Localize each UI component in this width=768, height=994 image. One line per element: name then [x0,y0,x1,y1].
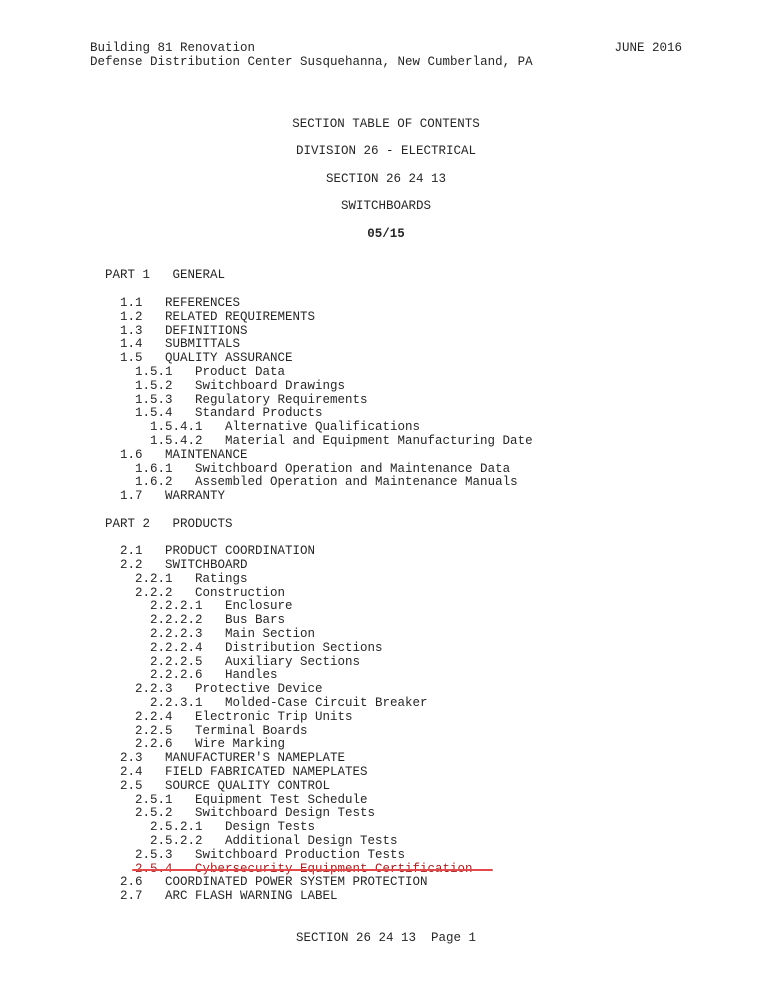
part-title: GENERAL [173,268,226,282]
toc-item: 1.3DEFINITIONS [90,325,682,339]
title-block: SECTION TABLE OF CONTENTS DIVISION 26 - … [90,118,682,242]
toc-item-number: 2.5.1 [135,793,173,807]
toc-item: 2.5.3Switchboard Production Tests [90,849,682,863]
toc-item-title: Distribution Sections [225,641,383,655]
part-number: PART 1 [105,268,150,282]
toc-item-title: COORDINATED POWER SYSTEM PROTECTION [165,875,428,889]
toc-item-number: 2.1 [120,544,143,558]
page-footer: SECTION 26 24 13 Page 1 [90,932,682,946]
toc-item-text: 1.5.4Standard Products [135,407,323,421]
toc-item-title: Molded-Case Circuit Breaker [225,696,428,710]
toc-item-title: Wire Marking [195,737,285,751]
toc-item-text: 2.2.2Construction [135,587,285,601]
toc-item: 2.6COORDINATED POWER SYSTEM PROTECTION [90,876,682,890]
toc-item-title: REFERENCES [165,296,240,310]
toc-item: 2.5.2.1Design Tests [90,821,682,835]
toc-item-title: Equipment Test Schedule [195,793,368,807]
toc-item-number: 1.5.2 [135,379,173,393]
toc-item: 2.2.1Ratings [90,573,682,587]
toc-item-text: 2.2.2.3Main Section [150,628,315,642]
toc-item-text: 2.2.2.6Handles [150,669,278,683]
toc-title: SECTION TABLE OF CONTENTS [90,118,682,132]
toc-item-number: 1.6 [120,448,143,462]
toc-item-text: 2.2.1Ratings [135,573,248,587]
toc-item: 1.1REFERENCES [90,297,682,311]
toc-item-text: 2.2.2.5Auxiliary Sections [150,656,360,670]
toc-item-text: 2.5.2.1Design Tests [150,821,315,835]
toc-item-text: 1.5.3Regulatory Requirements [135,394,368,408]
part-number: PART 2 [105,517,150,531]
part-title: PRODUCTS [173,517,233,531]
toc-item-text: 1.6.2Assembled Operation and Maintenance… [135,476,518,490]
toc-item: 2.3MANUFACTURER'S NAMEPLATE [90,752,682,766]
part-heading: PART 2PRODUCTS [90,518,682,532]
toc-item: 1.6.1Switchboard Operation and Maintenan… [90,463,682,477]
toc-item-text: 1.5.2Switchboard Drawings [135,380,345,394]
toc-item: 2.2.6Wire Marking [90,738,682,752]
toc-item-title: Switchboard Design Tests [195,806,375,820]
project-name: Building 81 Renovation [90,42,255,56]
toc-item-number: 2.5 [120,779,143,793]
toc-item: 1.4SUBMITTALS [90,338,682,352]
toc-item-title: Handles [225,668,278,682]
toc-item-title: Regulatory Requirements [195,393,368,407]
toc-item: 1.5.1Product Data [90,366,682,380]
toc-item-number: 2.5.2.2 [150,834,203,848]
division-title: DIVISION 26 - ELECTRICAL [90,145,682,159]
toc-item-title: Auxiliary Sections [225,655,360,669]
toc-item-text: 1.2RELATED REQUIREMENTS [120,311,315,325]
toc-item: 2.5.4Cybersecurity Equipment Certificati… [90,863,682,877]
toc-item: 1.5.2Switchboard Drawings [90,380,682,394]
toc-item: 1.2RELATED REQUIREMENTS [90,311,682,325]
toc-item-number: 2.2.1 [135,572,173,586]
toc-item-number: 1.1 [120,296,143,310]
toc-parts: PART 1GENERAL1.1REFERENCES1.2RELATED REQ… [90,269,682,904]
toc-item-text: 2.2.6Wire Marking [135,738,285,752]
toc-item-title: Switchboard Production Tests [195,848,405,862]
toc-item-title: Ratings [195,572,248,586]
toc-item-title: Alternative Qualifications [225,420,420,434]
toc-item: 2.2.2.1Enclosure [90,600,682,614]
toc-item-title: Bus Bars [225,613,285,627]
toc-item: 1.5.4Standard Products [90,407,682,421]
toc-item-title: PRODUCT COORDINATION [165,544,315,558]
toc-part: PART 1GENERAL1.1REFERENCES1.2RELATED REQ… [90,269,682,504]
toc-item-number: 1.4 [120,337,143,351]
toc-item: 1.6.2Assembled Operation and Maintenance… [90,476,682,490]
toc-item-title: ARC FLASH WARNING LABEL [165,889,338,903]
toc-item: 1.6MAINTENANCE [90,449,682,463]
toc-item-text: 2.5.2.2Additional Design Tests [150,835,398,849]
toc-item-number: 2.2.2.2 [150,613,203,627]
toc-item-title: SWITCHBOARD [165,558,248,572]
toc-item-text: 1.1REFERENCES [120,297,240,311]
toc-item-text: 2.5SOURCE QUALITY CONTROL [120,780,330,794]
page-header: Building 81 Renovation JUNE 2016 Defense… [90,42,682,70]
toc-item: 2.5.1Equipment Test Schedule [90,794,682,808]
toc-item-number: 2.5.2 [135,806,173,820]
toc-item-text: 2.2.2.2Bus Bars [150,614,285,628]
toc-item-number: 2.7 [120,889,143,903]
toc-item: 2.1PRODUCT COORDINATION [90,545,682,559]
toc-item-number: 2.5.3 [135,848,173,862]
toc-item-text: 2.2.2.4Distribution Sections [150,642,383,656]
toc-item-text: 1.6.1Switchboard Operation and Maintenan… [135,463,510,477]
toc-item-number: 2.2.3 [135,682,173,696]
toc-item-title: SUBMITTALS [165,337,240,351]
part-heading: PART 1GENERAL [90,269,682,283]
toc-item-title: Electronic Trip Units [195,710,353,724]
toc-item-title: Product Data [195,365,285,379]
toc-item: 2.2.2.5Auxiliary Sections [90,656,682,670]
toc-item: 1.5QUALITY ASSURANCE [90,352,682,366]
toc-item-title: Construction [195,586,285,600]
toc-item-title: WARRANTY [165,489,225,503]
toc-item-text: 2.2.3.1Molded-Case Circuit Breaker [150,697,428,711]
toc-item-text: 1.5QUALITY ASSURANCE [120,352,293,366]
toc-item-title: Cybersecurity Equipment Certification [195,862,473,876]
toc-item-text: 2.1PRODUCT COORDINATION [120,545,315,559]
toc-item-title: Switchboard Operation and Maintenance Da… [195,462,510,476]
toc-item-text: 2.2.3Protective Device [135,683,323,697]
toc-item: 2.2.5Terminal Boards [90,725,682,739]
toc-item-number: 2.5.2.1 [150,820,203,834]
toc-item: 2.5SOURCE QUALITY CONTROL [90,780,682,794]
toc-item: 2.2.4Electronic Trip Units [90,711,682,725]
toc-item-title: Switchboard Drawings [195,379,345,393]
toc-item-title: Protective Device [195,682,323,696]
toc-item-number: 1.2 [120,310,143,324]
toc-item-text: 2.5.2Switchboard Design Tests [135,807,375,821]
toc-item-text: 1.5.4.1Alternative Qualifications [150,421,420,435]
toc-item-text: 1.6MAINTENANCE [120,449,248,463]
toc-item-number: 2.2.2.1 [150,599,203,613]
toc-item-title: Additional Design Tests [225,834,398,848]
toc-item-number: 2.3 [120,751,143,765]
toc-item: 2.2SWITCHBOARD [90,559,682,573]
toc-item-text: 2.6COORDINATED POWER SYSTEM PROTECTION [120,876,428,890]
toc-item-number: 2.2.3.1 [150,696,203,710]
toc-item-number: 1.5.4 [135,406,173,420]
toc-item-text: 2.2.2.1Enclosure [150,600,293,614]
toc-item: 1.5.4.1Alternative Qualifications [90,421,682,435]
toc-item-text: 2.7ARC FLASH WARNING LABEL [120,890,338,904]
toc-item: 2.2.2Construction [90,587,682,601]
toc-item-title: Main Section [225,627,315,641]
toc-item-struck: 2.5.4Cybersecurity Equipment Certificati… [135,863,473,877]
toc-item-text: 2.2.5Terminal Boards [135,725,308,739]
toc-item-number: 2.2.2.3 [150,627,203,641]
toc-item-title: Standard Products [195,406,323,420]
toc-item: 2.7ARC FLASH WARNING LABEL [90,890,682,904]
toc-item: 2.2.2.2Bus Bars [90,614,682,628]
toc-item-title: SOURCE QUALITY CONTROL [165,779,330,793]
section-name: SWITCHBOARDS [90,200,682,214]
toc-item: 2.2.3Protective Device [90,683,682,697]
project-location: Defense Distribution Center Susquehanna,… [90,56,682,70]
toc-item-number: 2.2.2.6 [150,668,203,682]
toc-item-title: Terminal Boards [195,724,308,738]
toc-item-number: 1.5.1 [135,365,173,379]
toc-item: 1.5.3Regulatory Requirements [90,394,682,408]
toc-item-title: Enclosure [225,599,293,613]
toc-item: 1.5.4.2Material and Equipment Manufactur… [90,435,682,449]
toc-item-title: Design Tests [225,820,315,834]
toc-item-number: 2.2 [120,558,143,572]
toc-item-text: 2.3MANUFACTURER'S NAMEPLATE [120,752,345,766]
toc-item: 2.2.2.3Main Section [90,628,682,642]
header-date: JUNE 2016 [614,42,682,56]
toc-item: 1.7WARRANTY [90,490,682,504]
toc-item-number: 2.6 [120,875,143,889]
toc-item-title: Assembled Operation and Maintenance Manu… [195,475,518,489]
toc-item-number: 2.2.4 [135,710,173,724]
toc-item-number: 2.2.6 [135,737,173,751]
toc-item: 2.2.3.1Molded-Case Circuit Breaker [90,697,682,711]
toc-item-number: 2.2.5 [135,724,173,738]
toc-item-number: 2.2.2 [135,586,173,600]
toc-item-number: 1.5.3 [135,393,173,407]
document-page: Building 81 Renovation JUNE 2016 Defense… [0,0,768,994]
toc-item-text: 1.7WARRANTY [120,490,225,504]
toc-item-number: 2.2.2.5 [150,655,203,669]
toc-item-text: 2.4FIELD FABRICATED NAMEPLATES [120,766,368,780]
toc-item: 2.5.2Switchboard Design Tests [90,807,682,821]
toc-item-number: 2.5.4 [135,862,173,876]
toc-item-text: 1.4SUBMITTALS [120,338,240,352]
section-date-code: 05/15 [90,228,682,242]
toc-item-title: MAINTENANCE [165,448,248,462]
toc-item-number: 2.4 [120,765,143,779]
toc-item-number: 1.5.4.1 [150,420,203,434]
toc-item-text: 1.3DEFINITIONS [120,325,248,339]
toc-item-number: 1.6.1 [135,462,173,476]
toc-item: 2.5.2.2Additional Design Tests [90,835,682,849]
toc-item-number: 1.5.4.2 [150,434,203,448]
toc-item-text: 1.5.1Product Data [135,366,285,380]
toc-item-title: DEFINITIONS [165,324,248,338]
toc-item: 2.2.2.4Distribution Sections [90,642,682,656]
toc-item-title: Material and Equipment Manufacturing Dat… [225,434,533,448]
toc-item-title: QUALITY ASSURANCE [165,351,293,365]
toc-item-text: 2.2.4Electronic Trip Units [135,711,353,725]
section-number: SECTION 26 24 13 [90,173,682,187]
toc-item-number: 1.7 [120,489,143,503]
header-row: Building 81 Renovation JUNE 2016 [90,42,682,56]
toc-item-text: 2.5.1Equipment Test Schedule [135,794,368,808]
toc-item: 2.2.2.6Handles [90,669,682,683]
toc-item-number: 1.5 [120,351,143,365]
toc-item-number: 1.3 [120,324,143,338]
toc-item-text: 2.5.3Switchboard Production Tests [135,849,405,863]
toc-item-text: 2.2SWITCHBOARD [120,559,248,573]
toc-item-title: RELATED REQUIREMENTS [165,310,315,324]
toc-item-number: 1.6.2 [135,475,173,489]
toc-item-number: 2.2.2.4 [150,641,203,655]
toc-item-title: FIELD FABRICATED NAMEPLATES [165,765,368,779]
toc-part: PART 2PRODUCTS2.1PRODUCT COORDINATION2.2… [90,518,682,904]
toc-item-title: MANUFACTURER'S NAMEPLATE [165,751,345,765]
toc-item-text: 1.5.4.2Material and Equipment Manufactur… [150,435,533,449]
toc-item: 2.4FIELD FABRICATED NAMEPLATES [90,766,682,780]
